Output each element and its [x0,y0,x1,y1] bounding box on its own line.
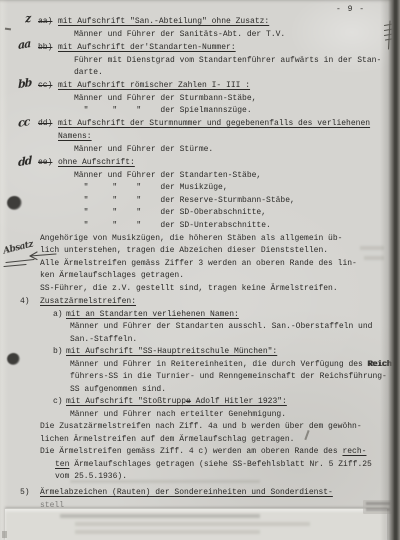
ghost-text-line [75,530,260,534]
heading-underlined: mit Aufschrift "Stoßtruppe Adolf Hitler … [66,397,287,406]
ghost-text-line [75,522,310,526]
item-body-line: darte. [74,68,103,78]
paragraph-line: Die Ärmelstreifen gemäss Ziff. 4 c) werd… [40,447,366,457]
item-heading: ohne Aufschrift: [58,158,135,168]
subitem-label: a) [53,310,63,320]
subitem-heading: mit Aufschrift "SS-Hauptreitschule Münch… [66,347,277,357]
subitem-label: b) [53,347,63,357]
handwritten-label-cc: cc [18,116,29,129]
handwritten-label-dd: dd [18,155,31,168]
paragraph-line: Die Zusatzärmelstreifen nach Ziff. 4a un… [40,422,362,432]
paragraph-line: Alle Ärmelstreifen gemäss Ziffer 3 werde… [40,259,357,269]
body-text: Die Ärmelstreifen gemäss Ziff. 4 c) werd… [40,447,342,456]
struck-typed-label: bb) [38,43,52,53]
paragraph-line: Angehörige von Musikzügen, die höheren S… [40,234,342,244]
paragraph-line: SS-Führer, die z.V. gestellt sind, trage… [40,284,338,294]
paragraph-line: lichen Ärmelstreifen auf dem Ärmelaufsch… [40,435,294,445]
paper-edge-shadow [380,0,400,540]
item-body-line: Führer mit Dienstgrad vom Standartenführ… [74,56,381,66]
handwritten-label-z: z [25,13,30,25]
ghost-text-line [70,480,260,483]
subitem-body-line: SS aufgenommen sind. [70,385,166,395]
item-body-line: " " " der SD-Oberabschnitte, [74,208,266,218]
paragraph-line: ten Ärmelaufschlages getragen (siehe SS-… [55,460,372,470]
pencil-dash-mark [5,28,11,30]
section-heading: Ärmelabzeichen (Rauten) der Sondereinhei… [40,488,333,498]
underlined-word: rech- [342,447,366,456]
struck-typed-label: cc) [38,81,52,91]
item-body-line: " " " der Spielmannszüge. [74,106,252,116]
heading-text: Adolf Hitler 1923": [191,397,287,406]
hole-punch-bottom [7,353,20,365]
subitem-body-line: Männer und Führer nach erteilter Genehmi… [70,410,286,420]
subitem-body-line: San.-Staffeln. [70,335,137,345]
item-body-line: " " " der Reserve-Sturmbann-Stäbe, [74,196,295,206]
item-heading: mit Aufschrift der Sturmnummer und gegeb… [58,119,370,129]
item-heading: mit Aufschrift der'Standarten-Nummer: [58,43,236,53]
hole-punch-top [7,196,22,210]
paragraph-line: lich unterstehen, tragen die Abzeichen d… [40,246,328,256]
handwritten-label-bb: bb [18,77,31,90]
subitem-body-line: Männer und Führer in Reitereinheiten, di… [70,360,396,370]
section-number: 5) [20,488,30,498]
item-body-line: Männer und Führer der Standarten-Stäbe, [74,171,261,181]
paper-corner-notch [2,531,7,538]
underlined-word: ten [55,460,69,469]
item-body-line: Männer und Führer der Sanitäts-Abt. der … [74,30,285,40]
margin-arrow-icon [0,242,62,270]
document-page: - 9 - z aa) mit Aufschrift "San.-Abteilu… [0,0,400,540]
struck-typed-label: aa) [38,17,52,27]
subitem-body-line: führers-SS in die Turnier- und Renngemei… [70,372,387,382]
subitem-body-line: Männer und Führer der Standarten ausschl… [70,322,372,332]
body-text: Ärmelaufschlages getragen (siehe SS-Befe… [69,460,371,469]
subitem-label: c) [53,397,63,407]
item-heading-cont: Namens: [58,132,92,142]
struck-typed-label: dd) [38,119,52,129]
item-body-line: " " " der SD-Unterabschnitte. [74,221,271,231]
item-body-line: Männer und Führer der Stürme. [74,145,213,155]
item-body-line: Männer und Führer der Sturmbann-Stäbe, [74,94,256,104]
subitem-heading: mit an Standarten verliehenen Namen: [66,310,239,320]
heading-text: mit Aufschrift "Stoßtrupp [66,397,186,406]
section-heading: Zusatzärmelstreifen: [40,297,136,307]
item-heading: mit Aufschrift römischer Zahlen I- III : [58,81,250,91]
subitem-heading: mit Aufschrift "Stoßtruppe Adolf Hitler … [66,397,287,407]
page-number: - 9 - [336,5,365,15]
ghost-text-line [60,514,260,518]
paragraph-line: ken Ärmelaufschlages getragen. [40,271,184,281]
section-number: 4) [20,297,30,307]
item-heading: mit Aufschrift "San.-Abteilung" ohne Zus… [58,17,269,27]
body-text: Männer und Führer in Reitereinheiten, di… [70,360,368,369]
struck-typed-label: ee) [38,158,52,168]
item-body-line: " " " der Musikzüge, [74,183,228,193]
handwritten-label-aa: aa [18,38,30,51]
